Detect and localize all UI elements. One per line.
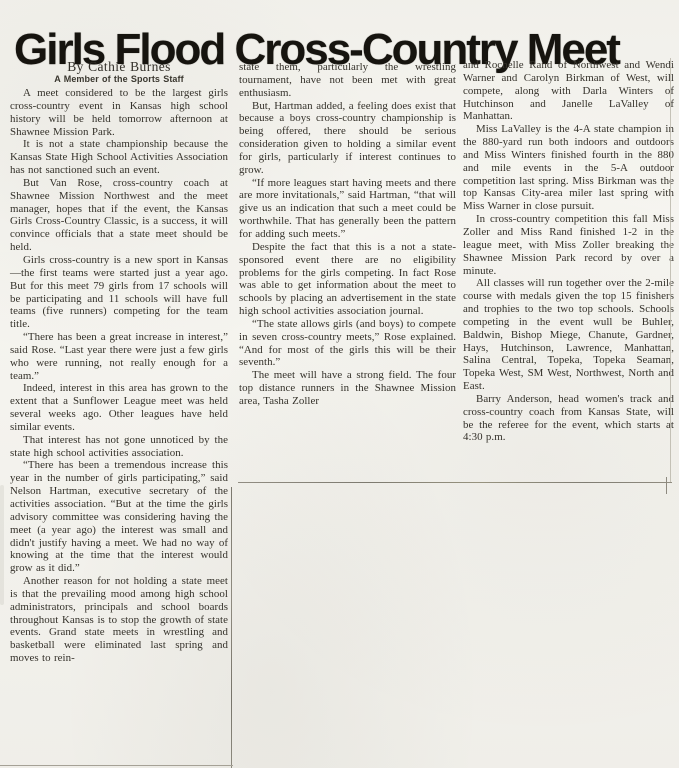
article-paragraph: But, Hartman added, a feeling does exist…: [239, 100, 456, 177]
byline-author: By Cathie Burnes: [10, 60, 228, 74]
article-paragraph: Barry Anderson, head women's track and c…: [463, 393, 674, 444]
byline: By Cathie Burnes A Member of the Sports …: [10, 60, 228, 84]
article-paragraph: “There has been a tremendous increase th…: [10, 459, 228, 575]
article-paragraph: Miss LaValley is the 4-A state champion …: [463, 123, 674, 213]
bottom-edge-rule: [0, 765, 233, 766]
article-paragraph: A meet considered to be the largest girl…: [10, 87, 228, 138]
article-paragraph: All classes will run together over the 2…: [463, 277, 674, 393]
article-paragraph: “There has been a great increase in inte…: [10, 331, 228, 382]
article-column-2: state them, particularly the wrestling t…: [239, 61, 456, 408]
article-paragraph: It is not a state championship because t…: [10, 138, 228, 177]
article-paragraph: Despite the fact that this is a not a st…: [239, 241, 456, 318]
byline-author-title: A Member of the Sports Staff: [10, 74, 228, 84]
article-paragraph: Girls cross-country is a new sport in Ka…: [10, 254, 228, 331]
scan-smudge: [0, 485, 4, 605]
newspaper-clipping: Girls Flood Cross-Country Meet By Cathie…: [0, 0, 679, 768]
article-paragraph: “If more leagues start having meets and …: [239, 177, 456, 241]
right-rule-tick: [666, 477, 667, 494]
horizontal-rule-below-columns: [238, 482, 672, 483]
article-paragraph: Another reason for not holding a state m…: [10, 575, 228, 665]
article-column-1: By Cathie Burnes A Member of the Sports …: [10, 60, 228, 665]
article-paragraph: The meet will have a strong field. The f…: [239, 369, 456, 408]
vertical-column-divider-rule: [231, 487, 232, 768]
article-paragraph: and Rochelle Rand of Northwest and Wendi…: [463, 59, 674, 123]
article-paragraph: That interest has not gone unnoticed by …: [10, 434, 228, 460]
article-paragraph: Indeed, interest in this area has grown …: [10, 382, 228, 433]
vertical-right-edge-rule: [670, 58, 671, 482]
article-paragraph: But Van Rose, cross-country coach at Sha…: [10, 177, 228, 254]
article-paragraph: state them, particularly the wrestling t…: [239, 61, 456, 100]
article-column-3: and Rochelle Rand of Northwest and Wendi…: [463, 59, 674, 444]
article-paragraph: In cross-country competition this fall M…: [463, 213, 674, 277]
article-paragraph: “The state allows girls (and boys) to co…: [239, 318, 456, 369]
